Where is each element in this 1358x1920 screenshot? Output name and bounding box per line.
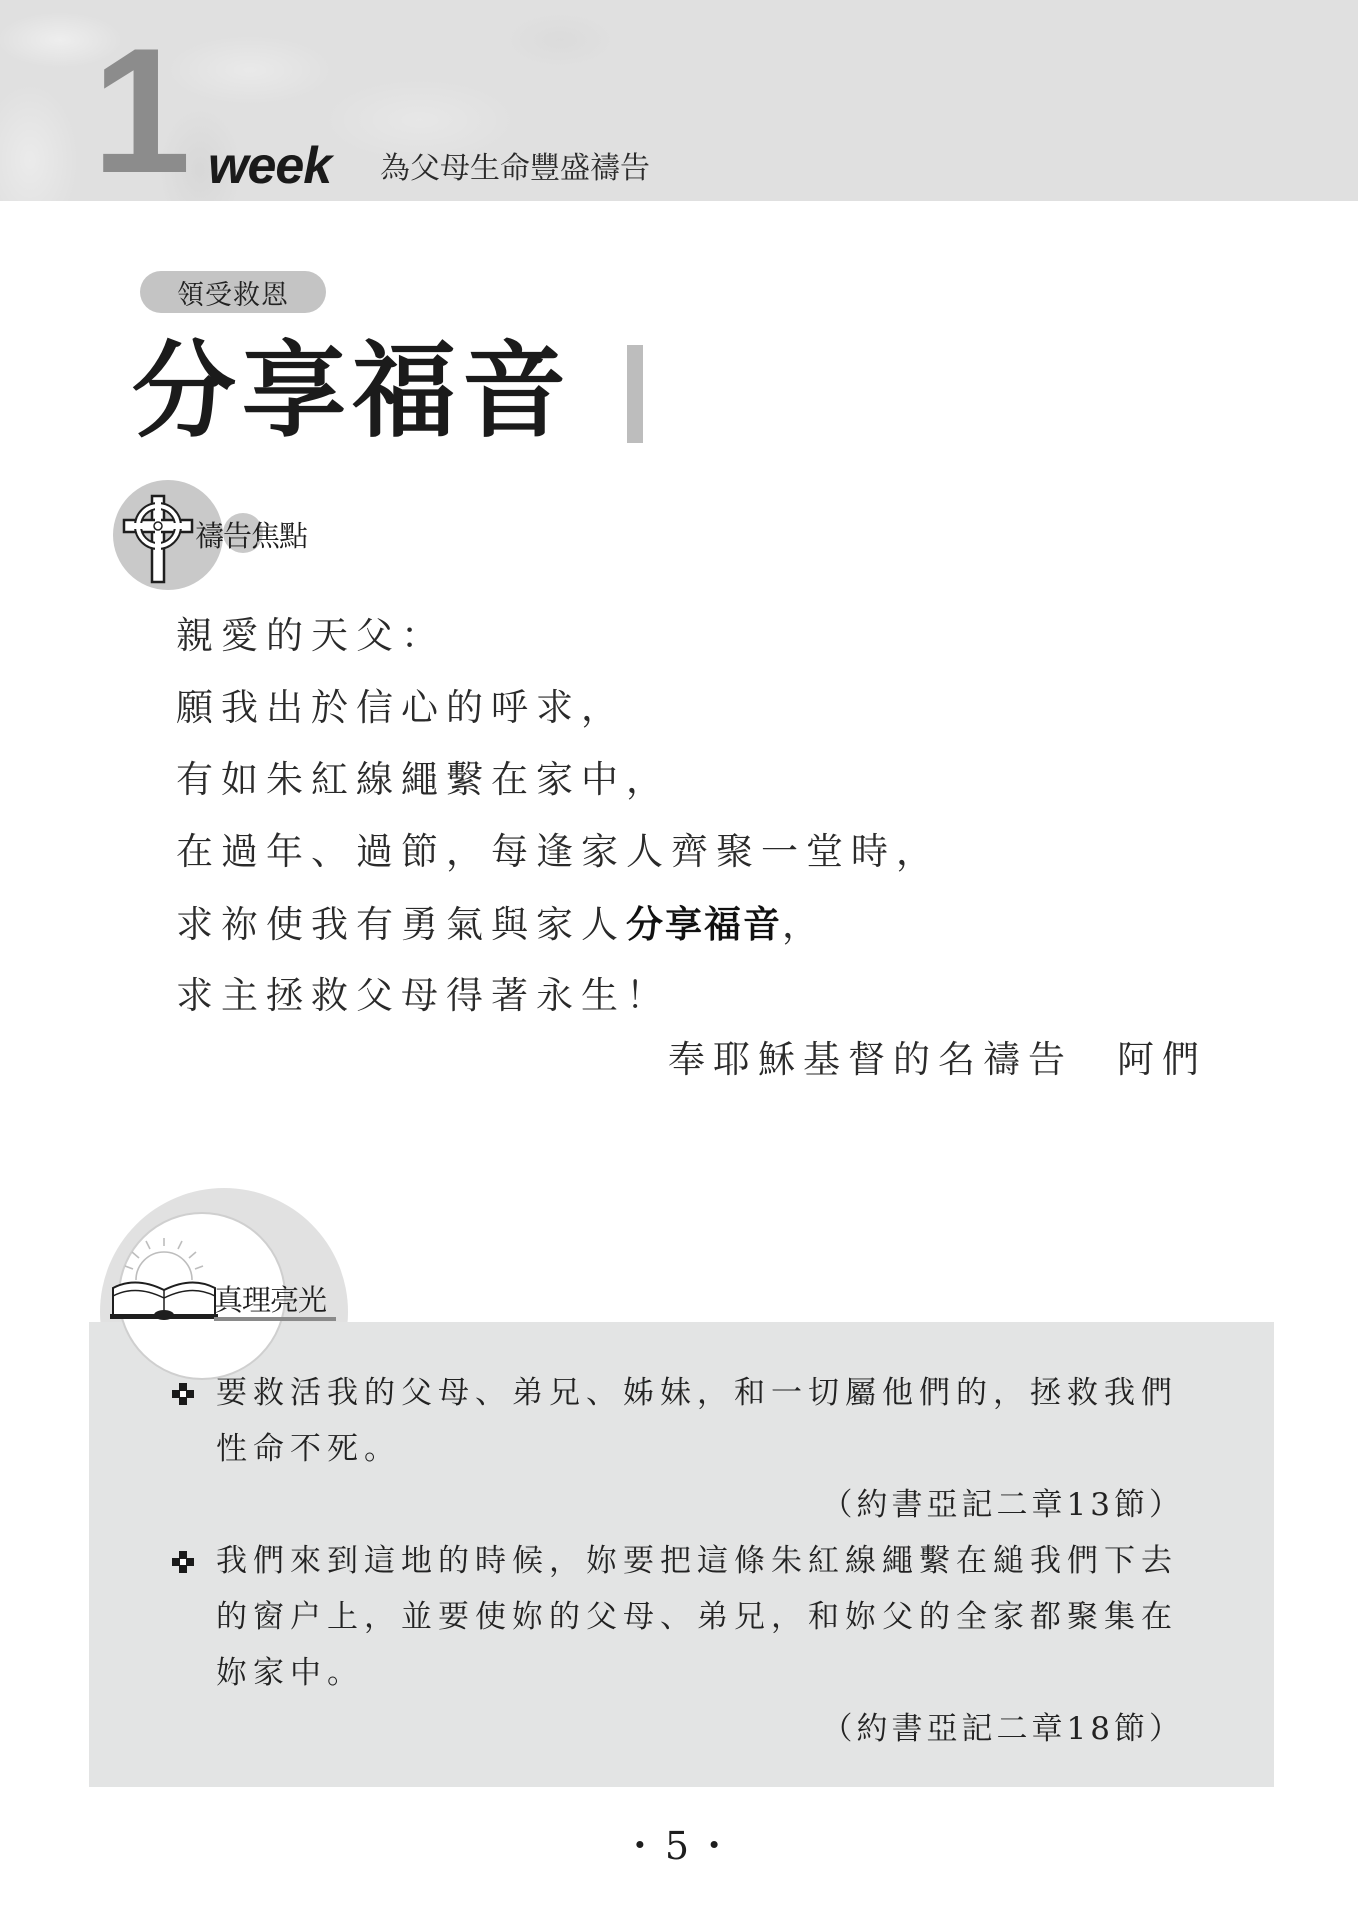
chapter-header: 1 week 為父母生命豐盛禱告 <box>0 0 1358 201</box>
prayer-line: 求祢使我有勇氣與家人分享福音， <box>176 888 1196 960</box>
prayer-focus-label: 禱告焦點 <box>195 514 307 555</box>
truth-label-underline <box>214 1317 336 1321</box>
title-accent-bar <box>627 345 643 443</box>
amen-text: 阿們 <box>1117 1038 1207 1081</box>
four-square-bullet-icon <box>172 1383 194 1405</box>
verse-reference: （約書亞記二章18節） <box>176 1701 1196 1757</box>
verse-item: 我們來到這地的時候，妳要把這條朱紅線繩繫在縋我們下去的窗户上，並要使妳的父母、弟… <box>176 1533 1196 1757</box>
prayer-line: 求主拯救父母得著永生！ <box>176 960 1196 1032</box>
prayer-line-punct: ， <box>782 903 827 946</box>
open-book-sunrise-icon <box>108 1238 220 1322</box>
prayer-closing: 奉耶穌基督的名禱告阿們 <box>668 1024 1198 1096</box>
week-theme: 為父母生命豐盛禱告 <box>380 154 650 184</box>
category-pill: 領受救恩 <box>140 271 326 313</box>
verse-text: 要救活我的父母、弟兄、姊妹，和一切屬他們的，拯救我們性命不死。 <box>216 1365 1196 1477</box>
truth-light-label: 真理亮光 <box>214 1278 326 1319</box>
verse-reference: （約書亞記二章13節） <box>176 1477 1196 1533</box>
page-number: ・5・ <box>600 1815 760 1870</box>
closing-text: 奉耶穌基督的名禱告 <box>668 1038 1073 1081</box>
prayer-line-text: 求祢使我有勇氣與家人 <box>176 903 626 946</box>
prayer-line: 願我出於信心的呼求， <box>176 672 1196 744</box>
celtic-cross-icon <box>120 490 196 586</box>
week-label: week <box>208 140 331 192</box>
page-title: 分享福音 <box>132 334 572 448</box>
prayer-line: 在過年、過節，每逢家人齊聚一堂時， <box>176 816 1196 888</box>
prayer-line: 親愛的天父： <box>176 600 1196 672</box>
week-number: 1 <box>92 22 187 200</box>
verse-text: 我們來到這地的時候，妳要把這條朱紅線繩繫在縋我們下去的窗户上，並要使妳的父母、弟… <box>216 1533 1196 1701</box>
prayer-body: 親愛的天父： 願我出於信心的呼求， 有如朱紅線繩繫在家中， 在過年、過節，每逢家… <box>176 600 1196 1032</box>
prayer-line: 有如朱紅線繩繫在家中， <box>176 744 1196 816</box>
prayer-emphasis: 分享福音 <box>626 902 782 946</box>
prayer-focus-heading: 禱告焦點 <box>100 470 360 600</box>
verse-item: 要救活我的父母、弟兄、姊妹，和一切屬他們的，拯救我們性命不死。 （約書亞記二章1… <box>176 1365 1196 1533</box>
four-square-bullet-icon <box>172 1551 194 1573</box>
